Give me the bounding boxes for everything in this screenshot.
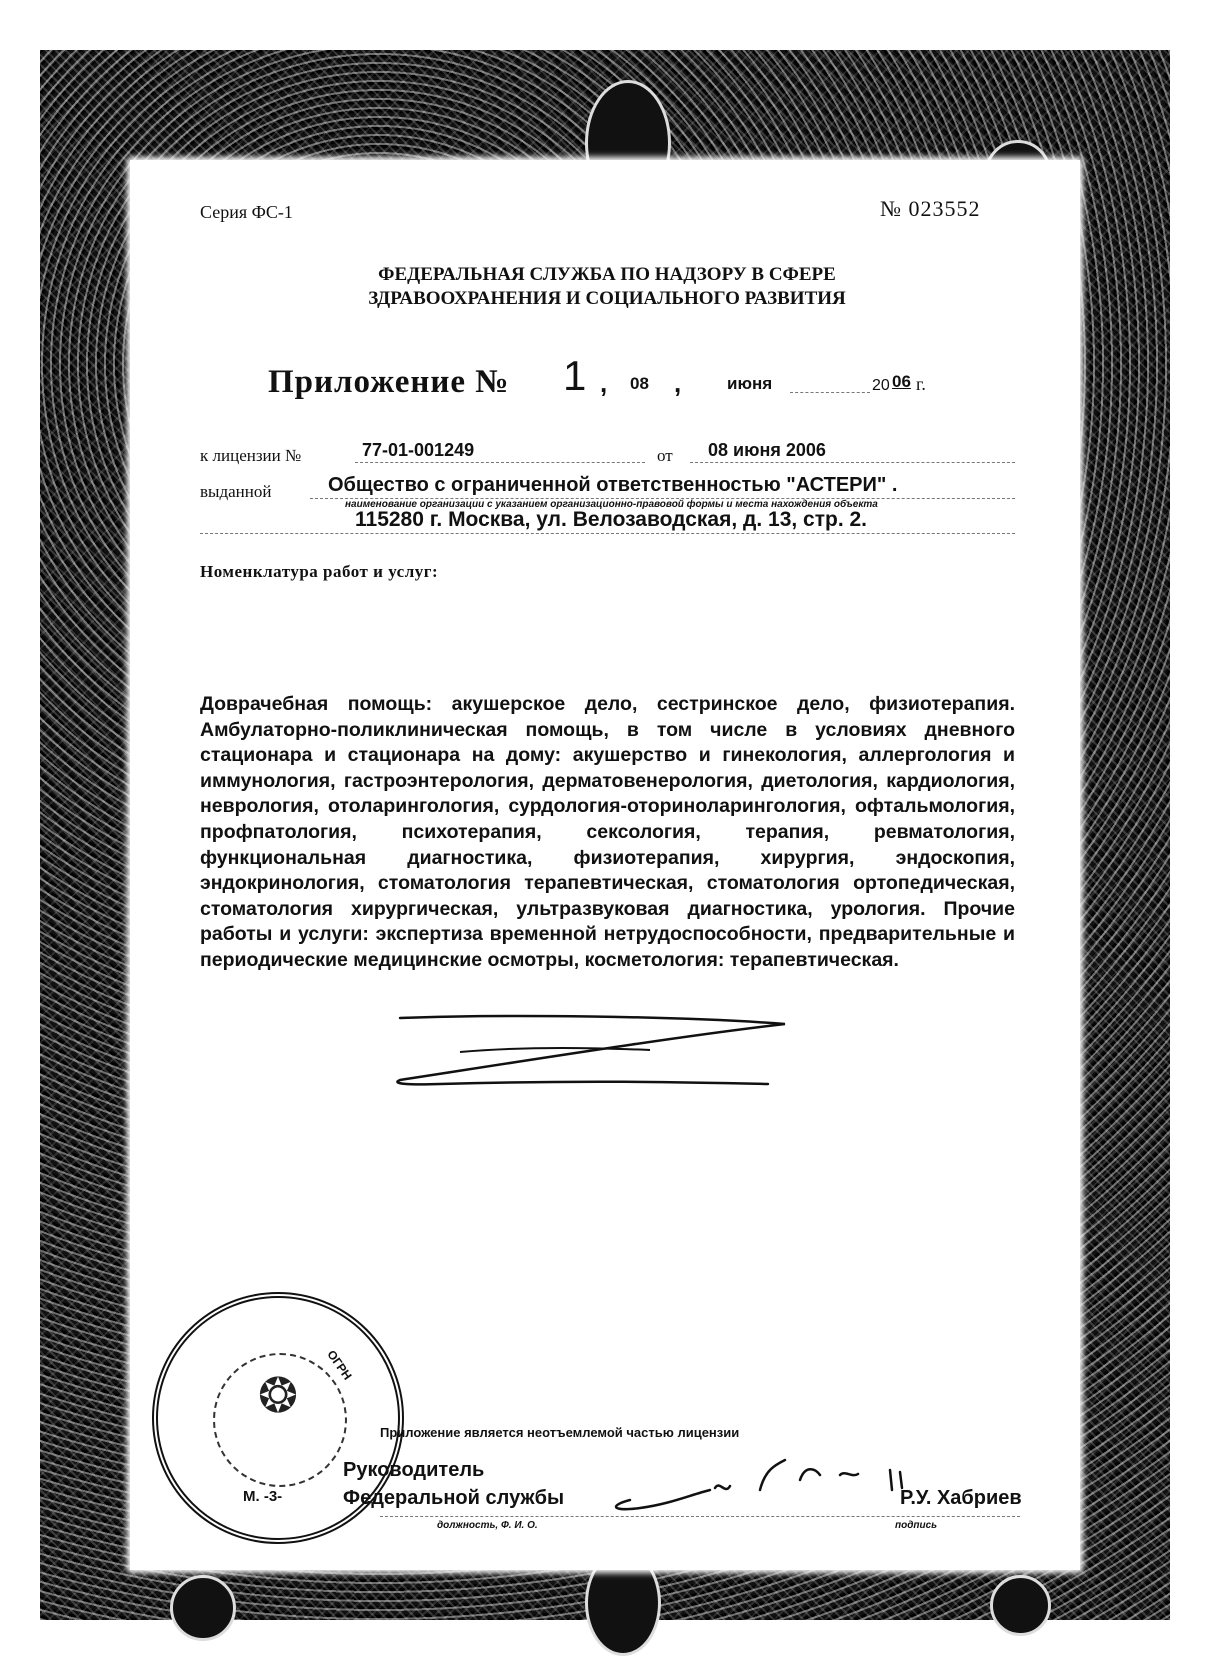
appendix-number: 1 xyxy=(563,352,586,400)
signature-line xyxy=(380,1516,1020,1517)
nomenclature-label: Номенклатура работ и услуг: xyxy=(200,562,438,582)
appendix-year-prefix: 20 xyxy=(872,377,890,395)
organization-name: Общество с ограниченной ответственностью… xyxy=(328,474,897,497)
bottom-right-rosette-ornament xyxy=(990,1575,1051,1636)
position-caption: должность, Ф. И. О. xyxy=(437,1520,538,1531)
signer-name: Р.У. Хабриев xyxy=(900,1487,1022,1510)
position-line1: Руководитель xyxy=(343,1459,484,1482)
signature-scribble xyxy=(380,1010,820,1110)
bottom-left-rosette-ornament xyxy=(170,1575,236,1641)
appendix-day: 08 xyxy=(630,374,649,394)
appendix-title: Приложение № xyxy=(268,364,509,401)
license-number: 77-01-001249 xyxy=(362,440,474,461)
form-number: № 023552 xyxy=(880,196,981,222)
appendix-year-unit: г. xyxy=(916,374,926,395)
signature-caption: подпись xyxy=(895,1520,937,1531)
appendix-month: июня xyxy=(727,374,772,394)
services-list: Доврачебная помощь: акушерское дело, сес… xyxy=(200,692,1015,974)
agency-title-line2: ЗДРАВООХРАНЕНИЯ И СОЦИАЛЬНОГО РАЗВИТИЯ xyxy=(0,288,1214,310)
seal-bottom-text: М. -3- xyxy=(243,1488,282,1505)
address-line xyxy=(200,533,1015,534)
appendix-month-line xyxy=(790,392,870,393)
series-label: Серия ФС-1 xyxy=(200,202,293,223)
license-label: к лицензии № xyxy=(200,446,301,466)
appendix-separator-2: , xyxy=(674,368,681,399)
issued-label: выданной xyxy=(200,482,271,502)
appendix-separator: , xyxy=(600,368,607,399)
license-date-label: от xyxy=(657,446,673,466)
license-number-line xyxy=(355,462,645,463)
organization-address: 115280 г. Москва, ул. Велозаводская, д. … xyxy=(355,508,867,532)
position-line2: Федеральной службы xyxy=(343,1487,564,1510)
handwritten-signature xyxy=(600,1450,930,1520)
appendix-year-suffix: 06 xyxy=(892,372,911,392)
agency-title-line1: ФЕДЕРАЛЬНАЯ СЛУЖБА ПО НАДЗОРУ В СФЕРЕ xyxy=(0,264,1214,286)
license-date-line xyxy=(690,462,1015,463)
integral-part-note: Приложение является неотъемлемой частью … xyxy=(380,1425,739,1440)
eagle-emblem-icon: ❂ xyxy=(158,1368,398,1424)
license-date: 08 июня 2006 xyxy=(708,440,826,461)
